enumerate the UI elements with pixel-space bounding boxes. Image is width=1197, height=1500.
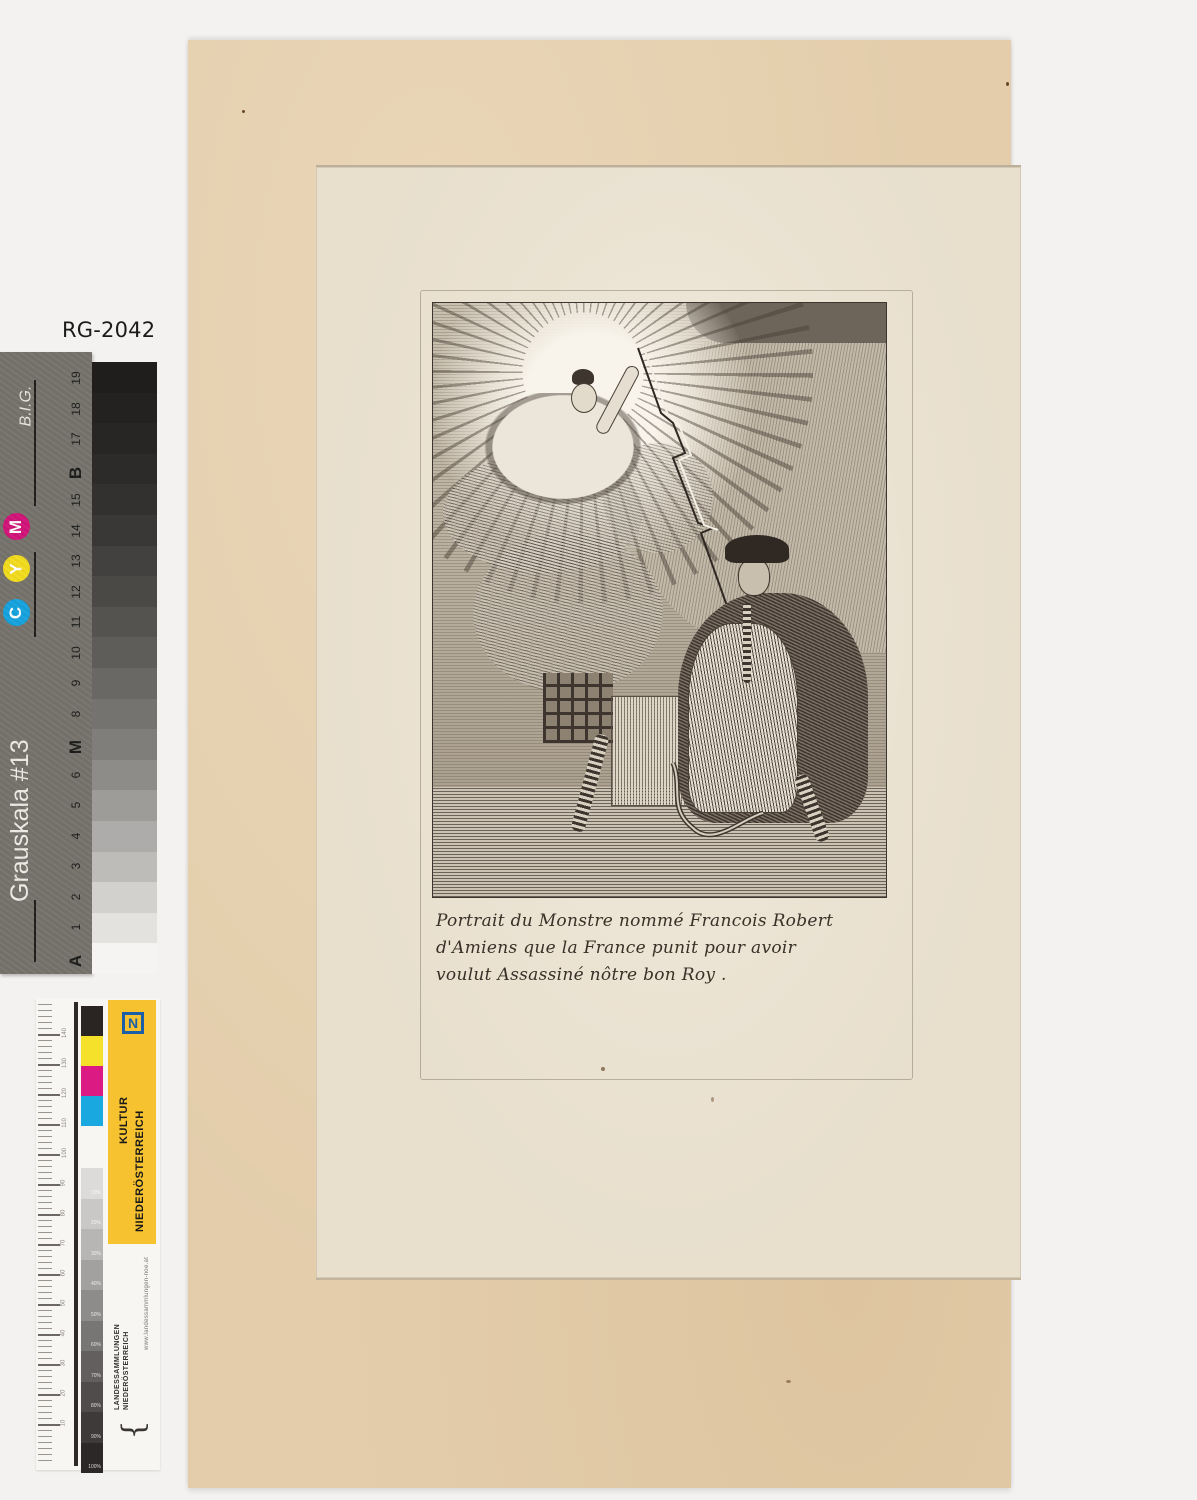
grey-patch [92, 760, 157, 791]
institution-url: www.landessammlungen-noe.at [144, 1257, 150, 1350]
grey-patch [92, 576, 157, 607]
ruler-number: 100 [62, 1148, 68, 1158]
ruler-number: 90 [60, 1180, 66, 1187]
sponsor-line-1: KULTUR [118, 1097, 130, 1144]
grey-patch [92, 637, 157, 668]
grey-patch [92, 393, 157, 424]
grey-patch [92, 852, 157, 883]
grey-swatch: 50% [81, 1290, 103, 1321]
scale-mark: A [66, 947, 86, 975]
cyan-swatch [81, 1096, 103, 1126]
ruler-number: 110 [62, 1118, 68, 1128]
grey-swatch: 80% [81, 1382, 103, 1413]
yellow-dot-icon: Y [3, 555, 30, 582]
scale-mark: B [66, 459, 86, 487]
grey-swatch: 40% [81, 1260, 103, 1291]
ruler-number: 10 [60, 1420, 66, 1427]
grey-swatch: 30% [81, 1229, 103, 1260]
grey-patch [92, 699, 157, 730]
scale-mark: 18 [69, 395, 83, 423]
scale-mark: 5 [69, 791, 83, 819]
grey-patch [92, 515, 157, 546]
grey-patch [92, 913, 157, 944]
kultur-niederoesterreich-badge: N KULTUR NIEDERÖSTERREICH [108, 1000, 156, 1244]
color-reference-strip: 140130120110100908070605040302010 10%20%… [36, 998, 160, 1470]
institution-line-1: LANDESSAMMLUNGEN [114, 1324, 121, 1410]
scale-mark: 2 [69, 883, 83, 911]
inventory-number-label: RG-2042 [62, 318, 155, 342]
grey-patch [92, 790, 157, 821]
brand-label: B.I.G. [17, 386, 35, 427]
engraving-image [432, 302, 887, 898]
institution-line-2: NIEDERÖSTERREICH [123, 1331, 130, 1410]
barred-window [543, 673, 613, 743]
grey-swatch: 70% [81, 1351, 103, 1382]
color-swatches: 10%20%30%40%50%60%70%80%90%100% [81, 1006, 103, 1473]
divider-line [34, 552, 36, 637]
scale-mark: M [66, 733, 86, 761]
grey-scale-patches [92, 362, 157, 974]
ruler-number: 130 [62, 1058, 68, 1068]
strip-divider [74, 1002, 78, 1466]
grey-patch [92, 423, 157, 454]
grey-patch [92, 546, 157, 577]
grey-patch [92, 454, 157, 485]
chain-icon [743, 603, 751, 683]
grey-swatch: 100% [81, 1443, 103, 1474]
grey-swatch: 60% [81, 1321, 103, 1352]
grey-patch [92, 668, 157, 699]
ruler-number: 30 [60, 1360, 66, 1367]
grey-swatch: 90% [81, 1412, 103, 1443]
sponsor-line-2: NIEDERÖSTERREICH [134, 1110, 146, 1232]
scale-mark: 4 [69, 822, 83, 850]
tricorn-hat-icon [725, 535, 789, 563]
grey-patch [92, 607, 157, 638]
caption-line-3: voulut Assassiné nôtre bon Roy . [436, 962, 906, 989]
grey-patch [92, 484, 157, 515]
grey-swatch: 20% [81, 1199, 103, 1230]
magenta-dot-icon: M [3, 513, 30, 540]
yellow-swatch [81, 1036, 103, 1066]
grey-scale-card: B.I.G. C Y M Grauskala #13 A123456M89101… [0, 352, 92, 974]
ruler-number: 40 [60, 1330, 66, 1337]
ruler-number: 60 [60, 1270, 66, 1277]
scale-mark: 11 [69, 608, 83, 636]
brace-icon: { [127, 1410, 141, 1450]
scale-mark: 9 [69, 669, 83, 697]
grey-patch [92, 882, 157, 913]
scale-mark: 6 [69, 761, 83, 789]
ruler-number: 80 [60, 1210, 66, 1217]
scale-mark: 3 [69, 852, 83, 880]
ruler-number: 120 [62, 1088, 68, 1098]
scale-mark: 12 [69, 578, 83, 606]
engraving-caption: Portrait du Monstre nommé Francois Rober… [436, 908, 906, 989]
scale-mark: 19 [69, 364, 83, 392]
grey-scale-marks: A123456M89101112131415B171819 [62, 352, 90, 974]
ruler-number: 140 [62, 1028, 68, 1038]
scale-mark: 13 [69, 547, 83, 575]
scale-mark: 8 [69, 700, 83, 728]
caption-line-1: Portrait du Monstre nommé Francois Rober… [436, 908, 906, 935]
scale-mark: 1 [69, 913, 83, 941]
ruler-number: 20 [60, 1390, 66, 1397]
caption-line-2: d'Amiens que la France punit pour avoir [436, 935, 906, 962]
grey-patch [92, 821, 157, 852]
scale-mark: 15 [69, 486, 83, 514]
serpent-icon [653, 758, 773, 858]
grey-patch [92, 362, 157, 393]
kultur-logo-icon: N [122, 1012, 144, 1034]
magenta-swatch [81, 1066, 103, 1096]
cyan-dot-icon: C [3, 599, 30, 626]
divider-line [34, 900, 36, 962]
ruler-number: 70 [60, 1240, 66, 1247]
ruler-number: 50 [60, 1300, 66, 1307]
scale-mark: 17 [69, 425, 83, 453]
grey-patch [92, 729, 157, 760]
grey-scale-title: Grauskala #13 [6, 739, 35, 902]
grey-patch [92, 943, 157, 974]
grey-swatch: 10% [81, 1168, 103, 1199]
black-swatch [81, 1006, 103, 1036]
scale-mark: 14 [69, 517, 83, 545]
scale-mark: 10 [69, 639, 83, 667]
